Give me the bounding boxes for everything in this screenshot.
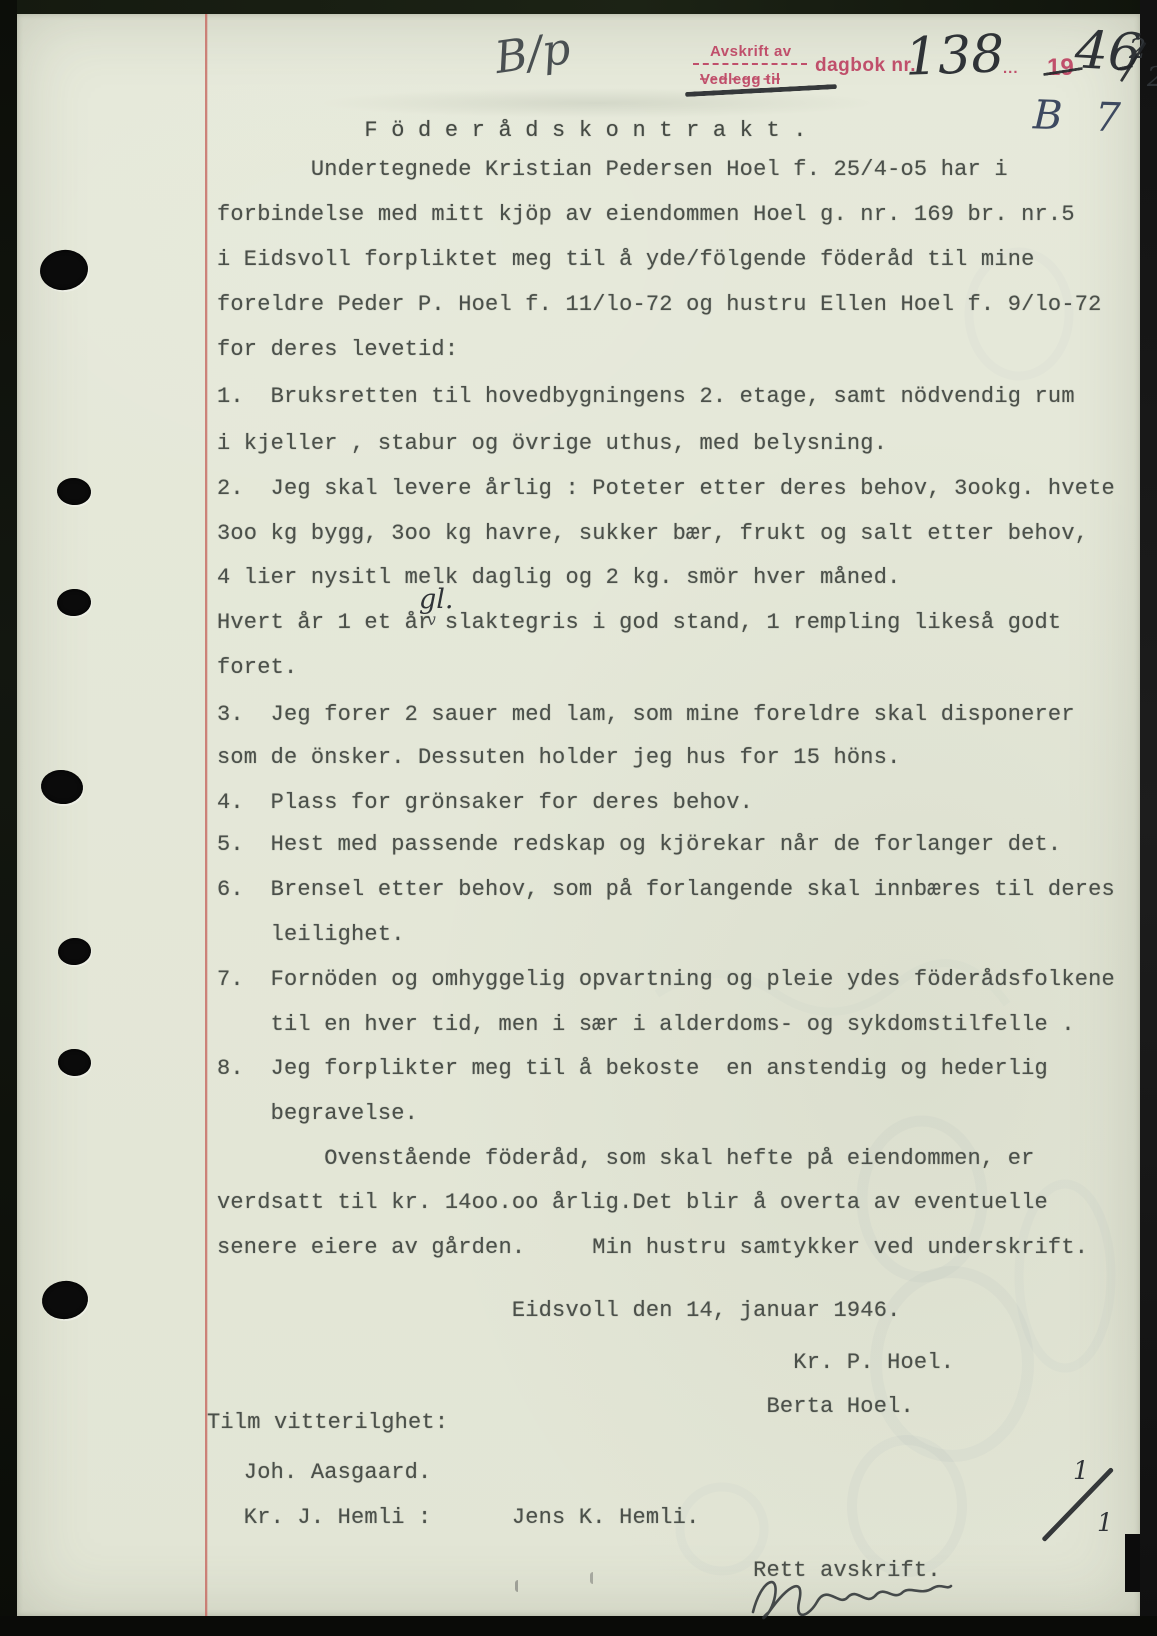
scan-artifact-blob <box>1125 1534 1140 1592</box>
typed-line: 4 lier nysitl melk daglig og 2 kg. smör … <box>217 565 901 591</box>
typed-line: begravelse. <box>217 1101 418 1127</box>
typed-witness-2: Kr. J. Hemli : Jens K. Hemli. <box>217 1505 699 1531</box>
scanner-edge-top <box>0 0 1157 14</box>
typed-line: forbindelse med mitt kjöp av eiendommen … <box>217 202 1075 228</box>
typed-line: som de önsker. Dessuten holder jeg hus f… <box>217 745 901 771</box>
typed-line: 7. Fornöden og omhyggelig opvartning og … <box>217 967 1115 993</box>
typed-line: leilighet. <box>217 922 405 948</box>
page-mark-numerator: 1 <box>1073 1456 1089 1485</box>
typed-signature-kr-p-hoel: Kr. P. Hoel. <box>217 1350 954 1376</box>
typed-line: 3oo kg bygg, 3oo kg havre, sukker bær, f… <box>217 521 1088 547</box>
typed-line: verdsatt til kr. 14oo.oo årlig.Det blir … <box>217 1190 1048 1216</box>
faint-pencil-mark <box>515 1580 521 1592</box>
document-paper: Avskrift av Vedlegg til dagbok nr. 138 .… <box>17 14 1140 1616</box>
typed-line: for deres levetid: <box>217 337 458 363</box>
typed-witness-heading: Tilm vitterilghet: <box>207 1410 448 1436</box>
handwritten-diary-number: 138 <box>904 24 1005 87</box>
scanner-edge-left <box>0 0 17 1636</box>
typed-line: Undertegnede Kristian Pedersen Hoel f. 2… <box>217 157 1008 183</box>
ghost-type-smudge <box>317 88 877 118</box>
handwritten-corner-mark: B/p <box>492 23 574 84</box>
page-mark-denominator: 1 <box>1097 1508 1113 1537</box>
typed-line: Ovenstående föderåd, som skal hefte på e… <box>217 1146 1035 1172</box>
handwritten-archive-ref: B 7 <box>1032 92 1131 141</box>
stamp-dagbok-nr: dagbok nr. <box>815 55 916 77</box>
punch-hole <box>40 1278 90 1321</box>
stamp-vedlegg-til: Vedlegg til <box>700 71 781 88</box>
handwritten-insertion: gl. <box>419 584 454 615</box>
punch-hole <box>56 477 92 507</box>
stamp-avskrift-av: Avskrift av <box>710 43 792 60</box>
punch-hole <box>57 937 92 967</box>
typed-line: 3. Jeg forer 2 sauer med lam, som mine f… <box>217 702 1075 728</box>
typed-line: foreldre Peder P. Hoel f. 11/lo-72 og hu… <box>217 292 1102 318</box>
document-title: F ö d e r å d s k o n t r a k t . <box>217 118 807 144</box>
typed-line: 2. Jeg skal levere årlig : Poteter etter… <box>217 476 1115 502</box>
typed-line: 6. Brensel etter behov, som på forlangen… <box>217 877 1115 903</box>
typed-line: til en hver tid, men i sær i alderdoms- … <box>217 1012 1075 1038</box>
scanned-document-page: Avskrift av Vedlegg til dagbok nr. 138 .… <box>0 0 1157 1636</box>
faint-pencil-mark <box>590 1572 596 1584</box>
typed-line: 1. Bruksretten til hovedbygningens 2. et… <box>217 384 1075 410</box>
insertion-caret: v <box>426 610 437 630</box>
scanner-edge-right <box>1140 0 1157 1636</box>
typed-line: Hvert år 1 et år slaktegris i god stand,… <box>217 610 1061 636</box>
typed-line: foret. <box>217 655 297 681</box>
typed-line: 5. Hest med passende redskap og kjörekar… <box>217 832 1061 858</box>
typed-line: 4. Plass for grönsaker for deres behov. <box>217 790 753 816</box>
typed-certification: Rett avskrift. <box>217 1558 941 1584</box>
scanner-edge-bottom <box>0 1616 1157 1636</box>
typed-line: i Eidsvoll forpliktet meg til å yde/fölg… <box>217 247 1035 273</box>
typed-line: i kjeller , stabur og övrige uthus, med … <box>217 431 887 457</box>
punch-hole <box>56 588 92 617</box>
punch-hole <box>39 768 84 806</box>
handwritten-date-denominator: 2 <box>1147 62 1157 93</box>
typed-date-line: Eidsvoll den 14, januar 1946. <box>217 1298 901 1324</box>
punch-hole <box>57 1048 91 1077</box>
punch-hole <box>37 247 90 293</box>
red-margin-line <box>205 14 207 1616</box>
typed-line: 8. Jeg forplikter meg til å bekoste en a… <box>217 1056 1048 1082</box>
stamp-fill-in-line <box>693 63 807 65</box>
typed-line: senere eiere av gården. Min hustru samty… <box>217 1235 1088 1261</box>
stamp-leader-dots: ... <box>1003 60 1019 77</box>
typed-witness-1: Joh. Aasgaard. <box>217 1460 431 1486</box>
